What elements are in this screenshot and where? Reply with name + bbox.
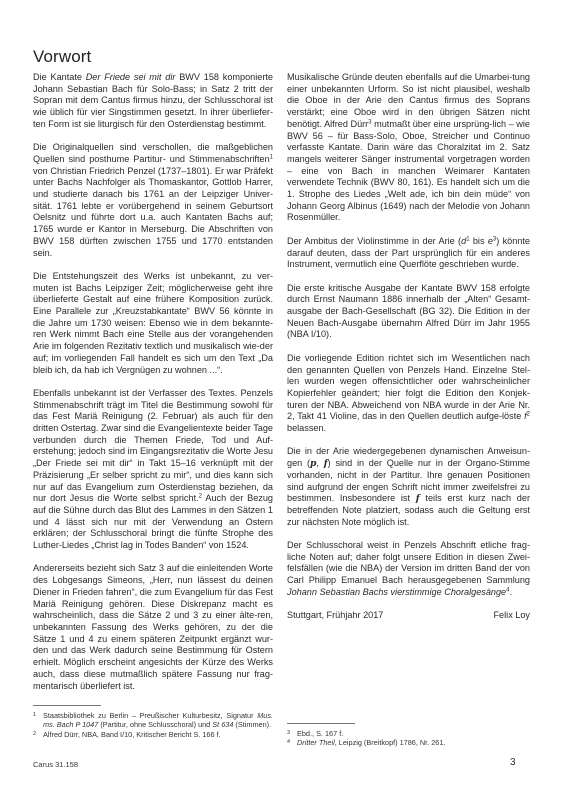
paragraph-dynamics: Die in der Arie wiedergegebenen dynamisc… xyxy=(287,446,530,528)
cantata-title: Der Friede sei mit dir xyxy=(86,72,176,82)
collection-title: Johann Sebastian Bachs vierstimmige Chor… xyxy=(287,587,506,597)
page-title: Vorwort xyxy=(33,47,91,67)
paragraph-ambitus: Der Ambitus der Violinstimme in der Arie… xyxy=(287,236,530,271)
paragraph-editions: Die erste kritische Ausgabe der Kantate … xyxy=(287,283,530,342)
paragraph-musical-reasons: Musikalische Gründe deuten ebenfalls auf… xyxy=(287,72,530,224)
place-date: Stuttgart, Frühjahr 2017 xyxy=(287,610,383,622)
footnote-ref-1[interactable]: 1 xyxy=(270,154,273,160)
paragraph-final-chorale: Der Schlusschoral weist in Penzels Absch… xyxy=(287,540,530,599)
paragraph-origin: Die Entstehungszeit des Werks ist unbeka… xyxy=(33,271,273,376)
paragraph-text-author: Ebenfalls unbekannt ist der Verfasser de… xyxy=(33,388,273,552)
paragraph-simeon: Andererseits bezieht sich Satz 3 auf die… xyxy=(33,563,273,692)
footnote-4: 4 Dritter Theil, Leipzig (Breitkopf) 178… xyxy=(287,738,530,747)
footnote-divider xyxy=(287,723,355,724)
catalog-number: Carus 31.158 xyxy=(33,760,78,769)
footnote-2: 2 Alfred Dürr, NBA, Band I/10, Kritische… xyxy=(33,730,273,739)
footnote-divider xyxy=(33,705,101,706)
page-number: 3 xyxy=(510,757,516,768)
footnotes-left: 1 Staatsbibliothek zu Berlin – Preußisch… xyxy=(33,711,273,739)
paragraph-intro: Die Kantate Der Friede sei mit dir BWV 1… xyxy=(33,72,273,131)
signature-line: Stuttgart, Frühjahr 2017 Felix Loy xyxy=(287,610,530,622)
author-name: Felix Loy xyxy=(493,610,530,622)
right-column: Musikalische Gründe deuten ebenfalls auf… xyxy=(287,72,530,622)
left-column: Die Kantate Der Friede sei mit dir BWV 1… xyxy=(33,72,273,692)
paragraph-this-edition: Die vorliegende Edition richtet sich im … xyxy=(287,353,530,435)
paragraph-sources: Die Originalquellen sind verschollen, di… xyxy=(33,142,273,259)
footnote-3: 3 Ebd., S. 167 f. xyxy=(287,729,530,738)
footnotes-right: 3 Ebd., S. 167 f. 4 Dritter Theil, Leipz… xyxy=(287,729,530,748)
footnote-1: 1 Staatsbibliothek zu Berlin – Preußisch… xyxy=(33,711,273,730)
